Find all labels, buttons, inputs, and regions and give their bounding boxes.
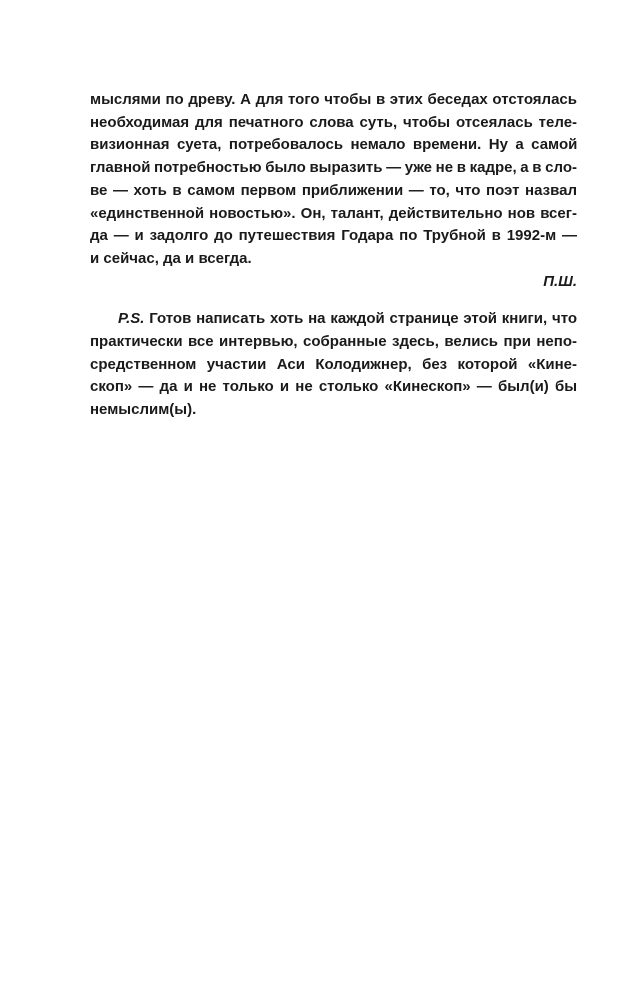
text-line: «единственной новостью». Он, талант, дей… [90, 203, 577, 226]
postscript-paragraph: P.S. Готов написать хоть на каждой стран… [90, 308, 577, 422]
postscript-first-line: Готов написать хоть на каждой странице э… [144, 310, 577, 327]
text-line: необходимая для печатного слова суть, чт… [90, 112, 577, 135]
text-line: мыслями по древу. А для того чтобы в эти… [90, 89, 577, 112]
author-signature: П.Ш. [90, 271, 577, 294]
page-body: мыслями по древу. А для того чтобы в эти… [90, 89, 577, 422]
text-line: ве — хоть в самом первом приближении — т… [90, 180, 577, 203]
main-paragraph: мыслями по древу. А для того чтобы в эти… [90, 89, 577, 271]
text-line: немыслим(ы). [90, 399, 577, 422]
text-line: практически все интервью, собранные здес… [90, 331, 577, 354]
text-line: да — и задолго до путешествия Годара по … [90, 225, 577, 248]
text-line: визионная суета, потребовалось немало вр… [90, 134, 577, 157]
text-line: средственном участии Аси Колодижнер, без… [90, 354, 577, 377]
text-line: скоп» — да и не только и не столько «Кин… [90, 376, 577, 399]
text-line: и сейчас, да и всегда. [90, 248, 577, 271]
text-line: главной потребностью было выразить — уже… [90, 157, 577, 180]
postscript-label: P.S. [118, 310, 144, 327]
text-line: P.S. Готов написать хоть на каждой стран… [90, 308, 577, 331]
